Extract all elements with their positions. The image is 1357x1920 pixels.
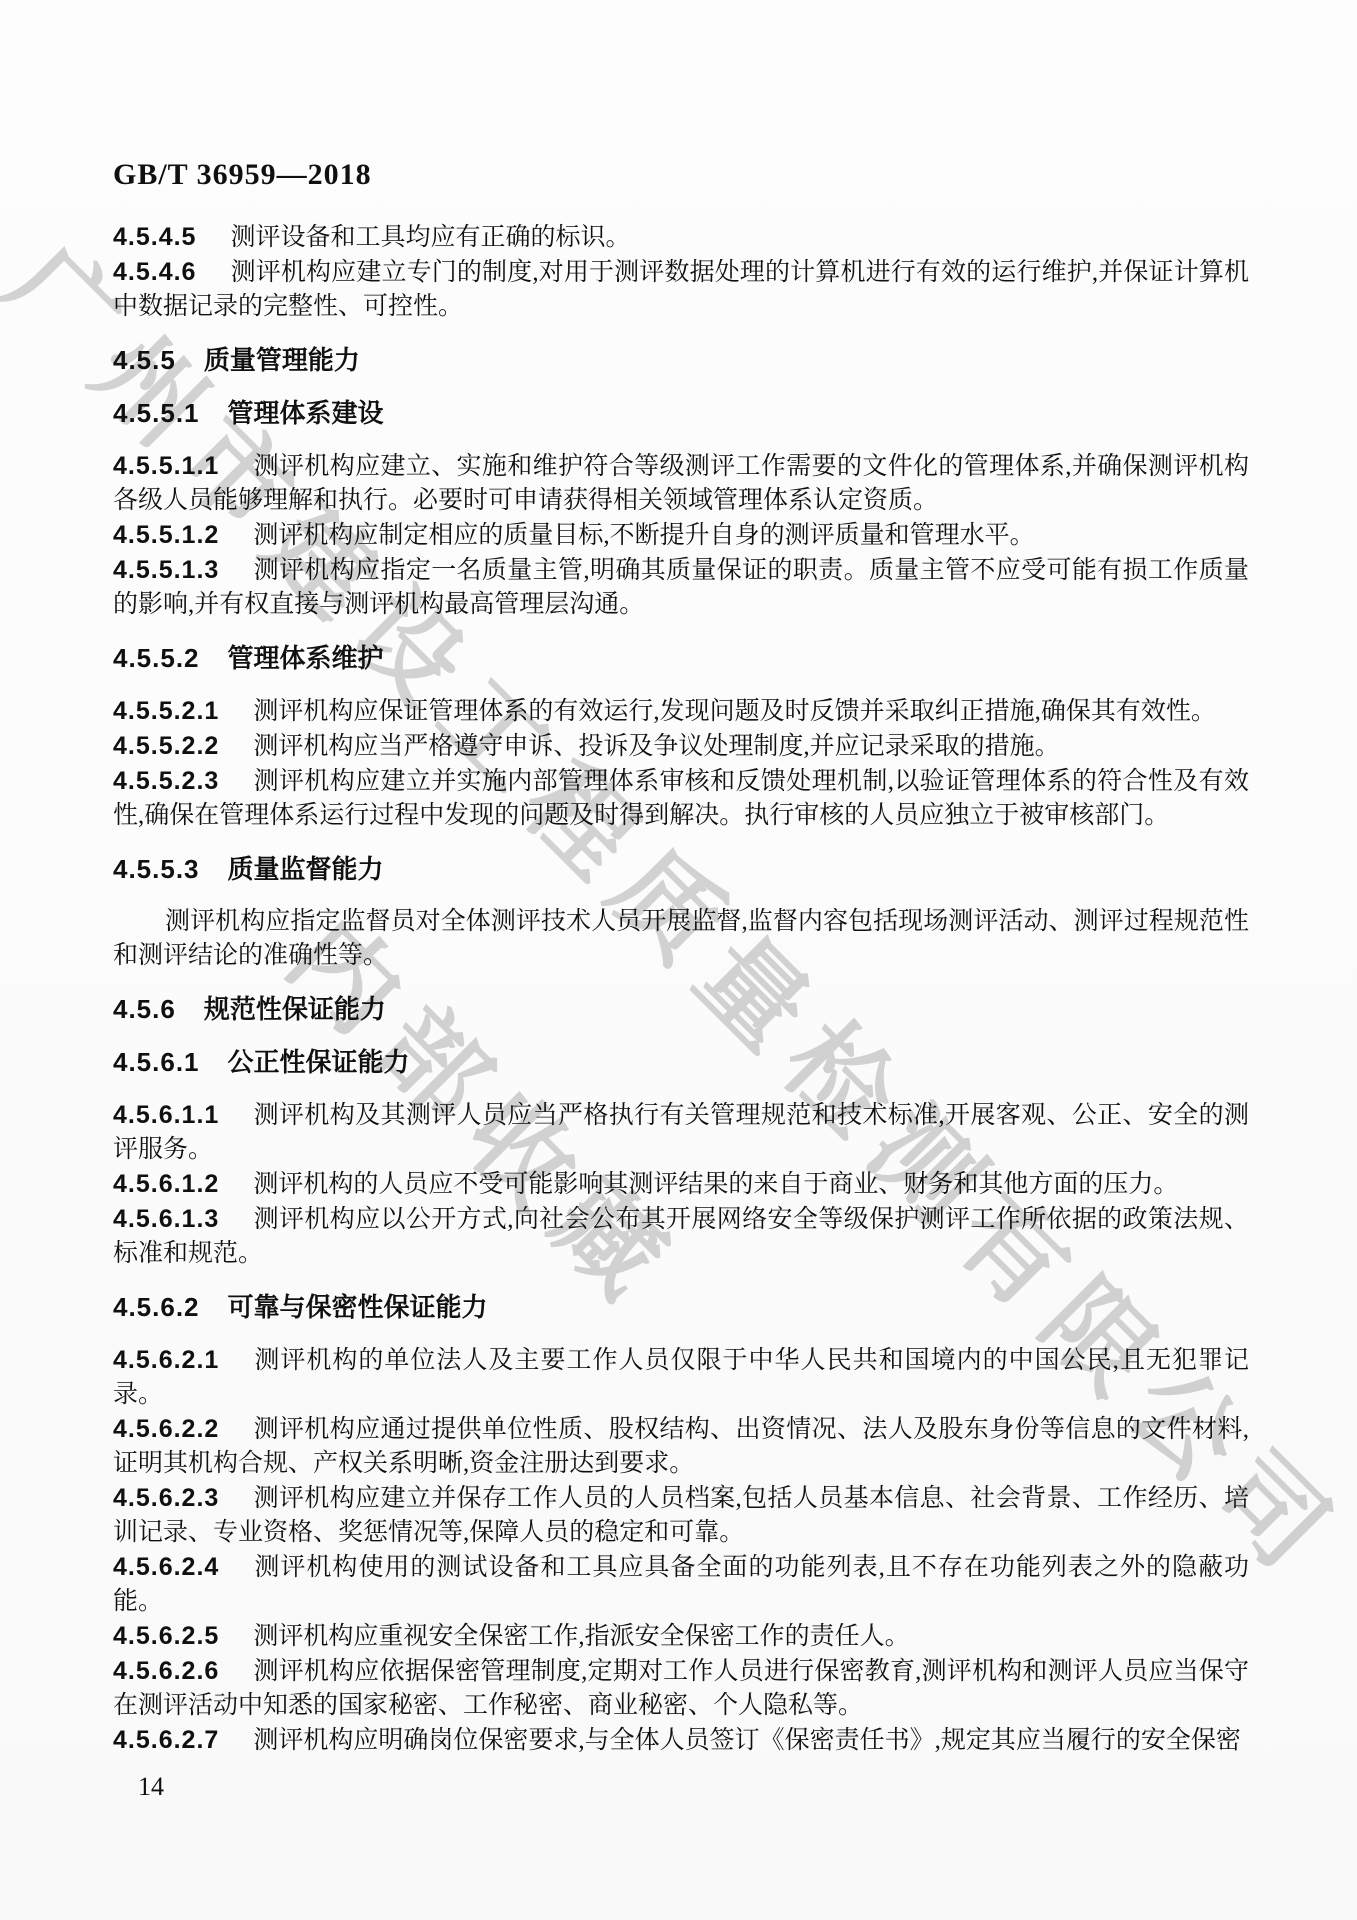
section-heading-4.5.5.2: 4.5.5.2管理体系维护 (113, 641, 1249, 675)
clause-text: 测评机构使用的测试设备和工具应具备全面的功能列表,且不存在功能列表之外的隐蔽功能… (113, 1554, 1249, 1615)
clause-number: 4.5.4.5 (113, 223, 230, 251)
clause-number: 4.5.6.2.6 (113, 1657, 253, 1685)
clause-text: 测评机构应以公开方式,向社会公布其开展网络安全等级保护测评工作所依据的政策法规、… (113, 1206, 1249, 1267)
clause-number: 4.5.6 (113, 994, 204, 1024)
clause-4.5.5.1.2: 4.5.5.1.2测评机构应制定相应的质量目标,不断提升自身的测评质量和管理水平… (113, 518, 1249, 553)
clause-4.5.5.2.3: 4.5.5.2.3测评机构应建立并实施内部管理体系审核和反馈处理机制,以验证管理… (113, 764, 1249, 833)
standard-number-header: GB/T 36959—2018 (113, 158, 372, 192)
clause-text: 可靠与保密性保证能力 (228, 1292, 488, 1322)
clause-4.5.5.1.1: 4.5.5.1.1测评机构应建立、实施和维护符合等级测评工作需要的文件化的管理体… (113, 449, 1249, 518)
clause-text: 测评机构应制定相应的质量目标,不断提升自身的测评质量和管理水平。 (253, 522, 1034, 549)
clause-number: 4.5.5.2.3 (113, 767, 253, 795)
clause-number: 4.5.5.2 (113, 643, 228, 673)
clause-number: 4.5.6.2.2 (113, 1415, 253, 1443)
clause-number: 4.5.5.2.2 (113, 732, 253, 760)
clause-number: 4.5.5.1.3 (113, 556, 253, 584)
clause-text: 测评机构应通过提供单位性质、股权结构、出资情况、法人及股东身份等信息的文件材料,… (113, 1416, 1249, 1477)
clause-text: 测评机构应当严格遵守申诉、投诉及争议处理制度,并应记录采取的措施。 (253, 733, 1059, 760)
clause-text: 测评机构应保证管理体系的有效运行,发现问题及时反馈并采取纠正措施,确保其有效性。 (253, 698, 1216, 725)
clause-number: 4.5.5.3 (113, 854, 228, 884)
paragraph: 测评机构应指定监督员对全体测评技术人员开展监督,监督内容包括现场测评活动、测评过… (113, 905, 1249, 973)
clause-text: 测评机构应建立并实施内部管理体系审核和反馈处理机制,以验证管理体系的符合性及有效… (113, 768, 1249, 829)
section-heading-4.5.5.1: 4.5.5.1管理体系建设 (113, 396, 1249, 430)
clause-text: 测评机构应建立、实施和维护符合等级测评工作需要的文件化的管理体系,并确保测评机构… (113, 453, 1249, 514)
clause-number: 4.5.5 (113, 345, 204, 375)
clause-text: 公正性保证能力 (228, 1047, 410, 1077)
clause-number: 4.5.6.2 (113, 1292, 228, 1322)
clause-number: 4.5.6.2.1 (113, 1346, 253, 1374)
clause-4.5.4.6: 4.5.4.6测评机构应建立专门的制度,对用于测评数据处理的计算机进行有效的运行… (113, 255, 1249, 324)
clause-text: 测评机构应依据保密管理制度,定期对工作人员进行保密教育,测评机构和测评人员应当保… (113, 1658, 1249, 1719)
clause-number: 4.5.6.2.7 (113, 1726, 253, 1754)
clause-text: 测评机构应指定一名质量主管,明确其质量保证的职责。质量主管不应受可能有损工作质量… (113, 557, 1249, 618)
clause-4.5.6.2.2: 4.5.6.2.2测评机构应通过提供单位性质、股权结构、出资情况、法人及股东身份… (113, 1412, 1249, 1481)
clause-number: 4.5.6.2.4 (113, 1553, 253, 1581)
document-body: 4.5.4.5测评设备和工具均应有正确的标识。4.5.4.6测评机构应建立专门的… (113, 220, 1249, 1758)
clause-4.5.6.2.3: 4.5.6.2.3测评机构应建立并保存工作人员的人员档案,包括人员基本信息、社会… (113, 1481, 1249, 1550)
clause-4.5.5.1.3: 4.5.5.1.3测评机构应指定一名质量主管,明确其质量保证的职责。质量主管不应… (113, 553, 1249, 622)
section-heading-4.5.6: 4.5.6规范性保证能力 (113, 992, 1249, 1026)
clause-4.5.6.1.2: 4.5.6.1.2测评机构的人员应不受可能影响其测评结果的来自于商业、财务和其他… (113, 1167, 1249, 1202)
clause-4.5.6.2.7: 4.5.6.2.7测评机构应明确岗位保密要求,与全体人员签订《保密责任书》,规定… (113, 1723, 1249, 1758)
clause-4.5.6.2.1: 4.5.6.2.1测评机构的单位法人及主要工作人员仅限于中华人民共和国境内的中国… (113, 1343, 1249, 1412)
clause-number: 4.5.6.2.3 (113, 1484, 253, 1512)
clause-text: 测评机构及其测评人员应当严格执行有关管理规范和技术标准,开展客观、公正、安全的测… (113, 1102, 1249, 1163)
clause-text: 质量监督能力 (228, 854, 384, 884)
section-heading-4.5.5: 4.5.5质量管理能力 (113, 343, 1249, 377)
page-number: 14 (138, 1772, 164, 1802)
section-heading-4.5.5.3: 4.5.5.3质量监督能力 (113, 852, 1249, 886)
clause-number: 4.5.5.1 (113, 398, 228, 428)
clause-text: 测评机构应明确岗位保密要求,与全体人员签订《保密责任书》,规定其应当履行的安全保… (253, 1727, 1241, 1754)
clause-number: 4.5.6.1 (113, 1047, 228, 1077)
clause-4.5.6.1.3: 4.5.6.1.3测评机构应以公开方式,向社会公布其开展网络安全等级保护测评工作… (113, 1202, 1249, 1271)
clause-number: 4.5.4.6 (113, 258, 230, 286)
clause-number: 4.5.6.2.5 (113, 1622, 253, 1650)
clause-number: 4.5.5.1.1 (113, 452, 253, 480)
clause-number: 4.5.6.1.2 (113, 1170, 253, 1198)
clause-text: 测评机构应重视安全保密工作,指派安全保密工作的责任人。 (253, 1623, 909, 1650)
clause-4.5.4.5: 4.5.4.5测评设备和工具均应有正确的标识。 (113, 220, 1249, 255)
section-heading-4.5.6.1: 4.5.6.1公正性保证能力 (113, 1045, 1249, 1079)
clause-number: 4.5.5.2.1 (113, 697, 253, 725)
clause-4.5.6.2.5: 4.5.6.2.5测评机构应重视安全保密工作,指派安全保密工作的责任人。 (113, 1619, 1249, 1654)
clause-text: 管理体系建设 (228, 398, 384, 428)
clause-4.5.5.2.1: 4.5.5.2.1测评机构应保证管理体系的有效运行,发现问题及时反馈并采取纠正措… (113, 694, 1249, 729)
clause-text: 测评机构的单位法人及主要工作人员仅限于中华人民共和国境内的中国公民,且无犯罪记录… (113, 1347, 1249, 1408)
clause-number: 4.5.5.1.2 (113, 521, 253, 549)
clause-4.5.5.2.2: 4.5.5.2.2测评机构应当严格遵守申诉、投诉及争议处理制度,并应记录采取的措… (113, 729, 1249, 764)
clause-number: 4.5.6.1.3 (113, 1205, 253, 1233)
clause-text: 测评设备和工具均应有正确的标识。 (230, 224, 630, 251)
clause-4.5.6.2.4: 4.5.6.2.4测评机构使用的测试设备和工具应具备全面的功能列表,且不存在功能… (113, 1550, 1249, 1619)
clause-text: 测评机构的人员应不受可能影响其测评结果的来自于商业、财务和其他方面的压力。 (253, 1171, 1178, 1198)
clause-number: 4.5.6.1.1 (113, 1101, 253, 1129)
clause-text: 管理体系维护 (228, 643, 384, 673)
clause-text: 规范性保证能力 (204, 994, 386, 1024)
clause-text: 测评机构应建立并保存工作人员的人员档案,包括人员基本信息、社会背景、工作经历、培… (113, 1485, 1249, 1546)
clause-text: 质量管理能力 (204, 345, 360, 375)
section-heading-4.5.6.2: 4.5.6.2可靠与保密性保证能力 (113, 1290, 1249, 1324)
clause-4.5.6.1.1: 4.5.6.1.1测评机构及其测评人员应当严格执行有关管理规范和技术标准,开展客… (113, 1098, 1249, 1167)
clause-4.5.6.2.6: 4.5.6.2.6测评机构应依据保密管理制度,定期对工作人员进行保密教育,测评机… (113, 1654, 1249, 1723)
clause-text: 测评机构应指定监督员对全体测评技术人员开展监督,监督内容包括现场测评活动、测评过… (113, 908, 1249, 969)
clause-text: 测评机构应建立专门的制度,对用于测评数据处理的计算机进行有效的运行维护,并保证计… (113, 259, 1249, 320)
